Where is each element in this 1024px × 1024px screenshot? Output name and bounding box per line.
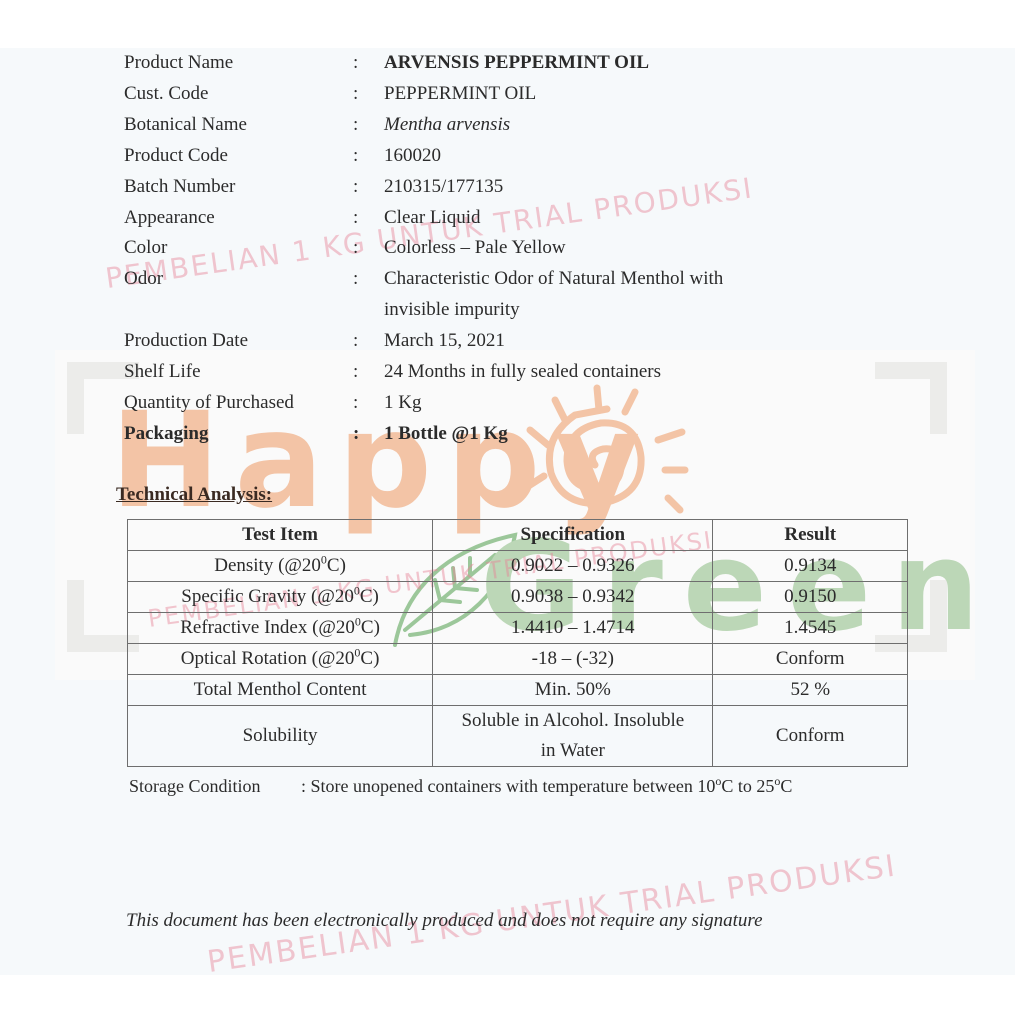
- electronic-document-note: This document has been electronically pr…: [126, 910, 763, 932]
- result-cell: 1.4545: [713, 613, 908, 644]
- field-label: Product Code: [124, 144, 354, 168]
- certificate-content: Product Name : ARVENSIS PEPPERMINT OIL C…: [0, 0, 1024, 1024]
- column-header: Specification: [433, 520, 713, 551]
- specification-cell: 0.9038 – 0.9342: [433, 582, 713, 613]
- field-label: Shelf Life: [124, 360, 354, 384]
- test-item-cell: Total Menthol Content: [128, 675, 433, 706]
- separator: :: [353, 391, 358, 415]
- specification-cell: -18 – (-32): [433, 644, 713, 675]
- field-value: Colorless – Pale Yellow: [384, 236, 566, 260]
- table-row: Refractive Index (@200C) 1.4410 – 1.4714…: [128, 613, 908, 644]
- field-value: 24 Months in fully sealed containers: [384, 360, 661, 384]
- storage-label: Storage Condition: [129, 776, 261, 797]
- separator: :: [353, 82, 358, 106]
- table-row: Solubility Soluble in Alcohol. Insoluble…: [128, 706, 908, 767]
- field-label: Packaging: [124, 422, 354, 446]
- separator: :: [353, 267, 358, 291]
- table-row: Specific Gravity (@200C) 0.9038 – 0.9342…: [128, 582, 908, 613]
- storage-value: : Store unopened containers with tempera…: [301, 776, 792, 797]
- column-header: Test Item: [128, 520, 433, 551]
- separator: :: [353, 329, 358, 353]
- separator: :: [353, 360, 358, 384]
- field-value: Clear Liquid: [384, 206, 481, 230]
- result-cell: 0.9134: [713, 551, 908, 582]
- field-value: PEPPERMINT OIL: [384, 82, 536, 106]
- specification-cell: Soluble in Alcohol. Insolublein Water: [433, 706, 713, 767]
- field-label: Product Name: [124, 51, 354, 75]
- field-value: 1 Bottle @1 Kg: [384, 422, 508, 446]
- specification-cell: 1.4410 – 1.4714: [433, 613, 713, 644]
- field-value-line2: invisible impurity: [384, 298, 520, 322]
- field-label: Quantity of Purchased: [124, 391, 354, 415]
- result-cell: Conform: [713, 706, 908, 767]
- field-label: Production Date: [124, 329, 354, 353]
- field-value: March 15, 2021: [384, 329, 505, 353]
- field-value: 1 Kg: [384, 391, 421, 415]
- separator: :: [353, 51, 358, 75]
- separator: :: [353, 113, 358, 137]
- test-item-cell: Refractive Index (@200C): [128, 613, 433, 644]
- separator: :: [353, 175, 358, 199]
- field-label: Botanical Name: [124, 113, 354, 137]
- field-label: Odor: [124, 267, 354, 291]
- column-header: Result: [713, 520, 908, 551]
- test-item-cell: Optical Rotation (@200C): [128, 644, 433, 675]
- separator: :: [353, 144, 358, 168]
- technical-analysis-heading: Technical Analysis:: [116, 484, 272, 506]
- field-value: ARVENSIS PEPPERMINT OIL: [384, 51, 649, 75]
- table-header-row: Test Item Specification Result: [128, 520, 908, 551]
- specification-cell: Min. 50%: [433, 675, 713, 706]
- field-label: Cust. Code: [124, 82, 354, 106]
- field-value: Characteristic Odor of Natural Menthol w…: [384, 267, 723, 291]
- field-label: Color: [124, 236, 354, 260]
- field-value: 160020: [384, 144, 441, 168]
- separator: :: [353, 206, 358, 230]
- field-value: 210315/177135: [384, 175, 503, 199]
- technical-analysis-table: Test Item Specification Result Density (…: [127, 519, 908, 767]
- field-label: Batch Number: [124, 175, 354, 199]
- field-label: Appearance: [124, 206, 354, 230]
- table-row: Total Menthol Content Min. 50% 52 %: [128, 675, 908, 706]
- table-row: Optical Rotation (@200C) -18 – (-32) Con…: [128, 644, 908, 675]
- table-row: Density (@200C) 0.9022 – 0.9326 0.9134: [128, 551, 908, 582]
- specification-cell: 0.9022 – 0.9326: [433, 551, 713, 582]
- test-item-cell: Density (@200C): [128, 551, 433, 582]
- result-cell: 52 %: [713, 675, 908, 706]
- separator: :: [353, 422, 359, 446]
- test-item-cell: Solubility: [128, 706, 433, 767]
- result-cell: Conform: [713, 644, 908, 675]
- test-item-cell: Specific Gravity (@200C): [128, 582, 433, 613]
- result-cell: 0.9150: [713, 582, 908, 613]
- separator: :: [353, 236, 358, 260]
- field-value: Mentha arvensis: [384, 113, 510, 137]
